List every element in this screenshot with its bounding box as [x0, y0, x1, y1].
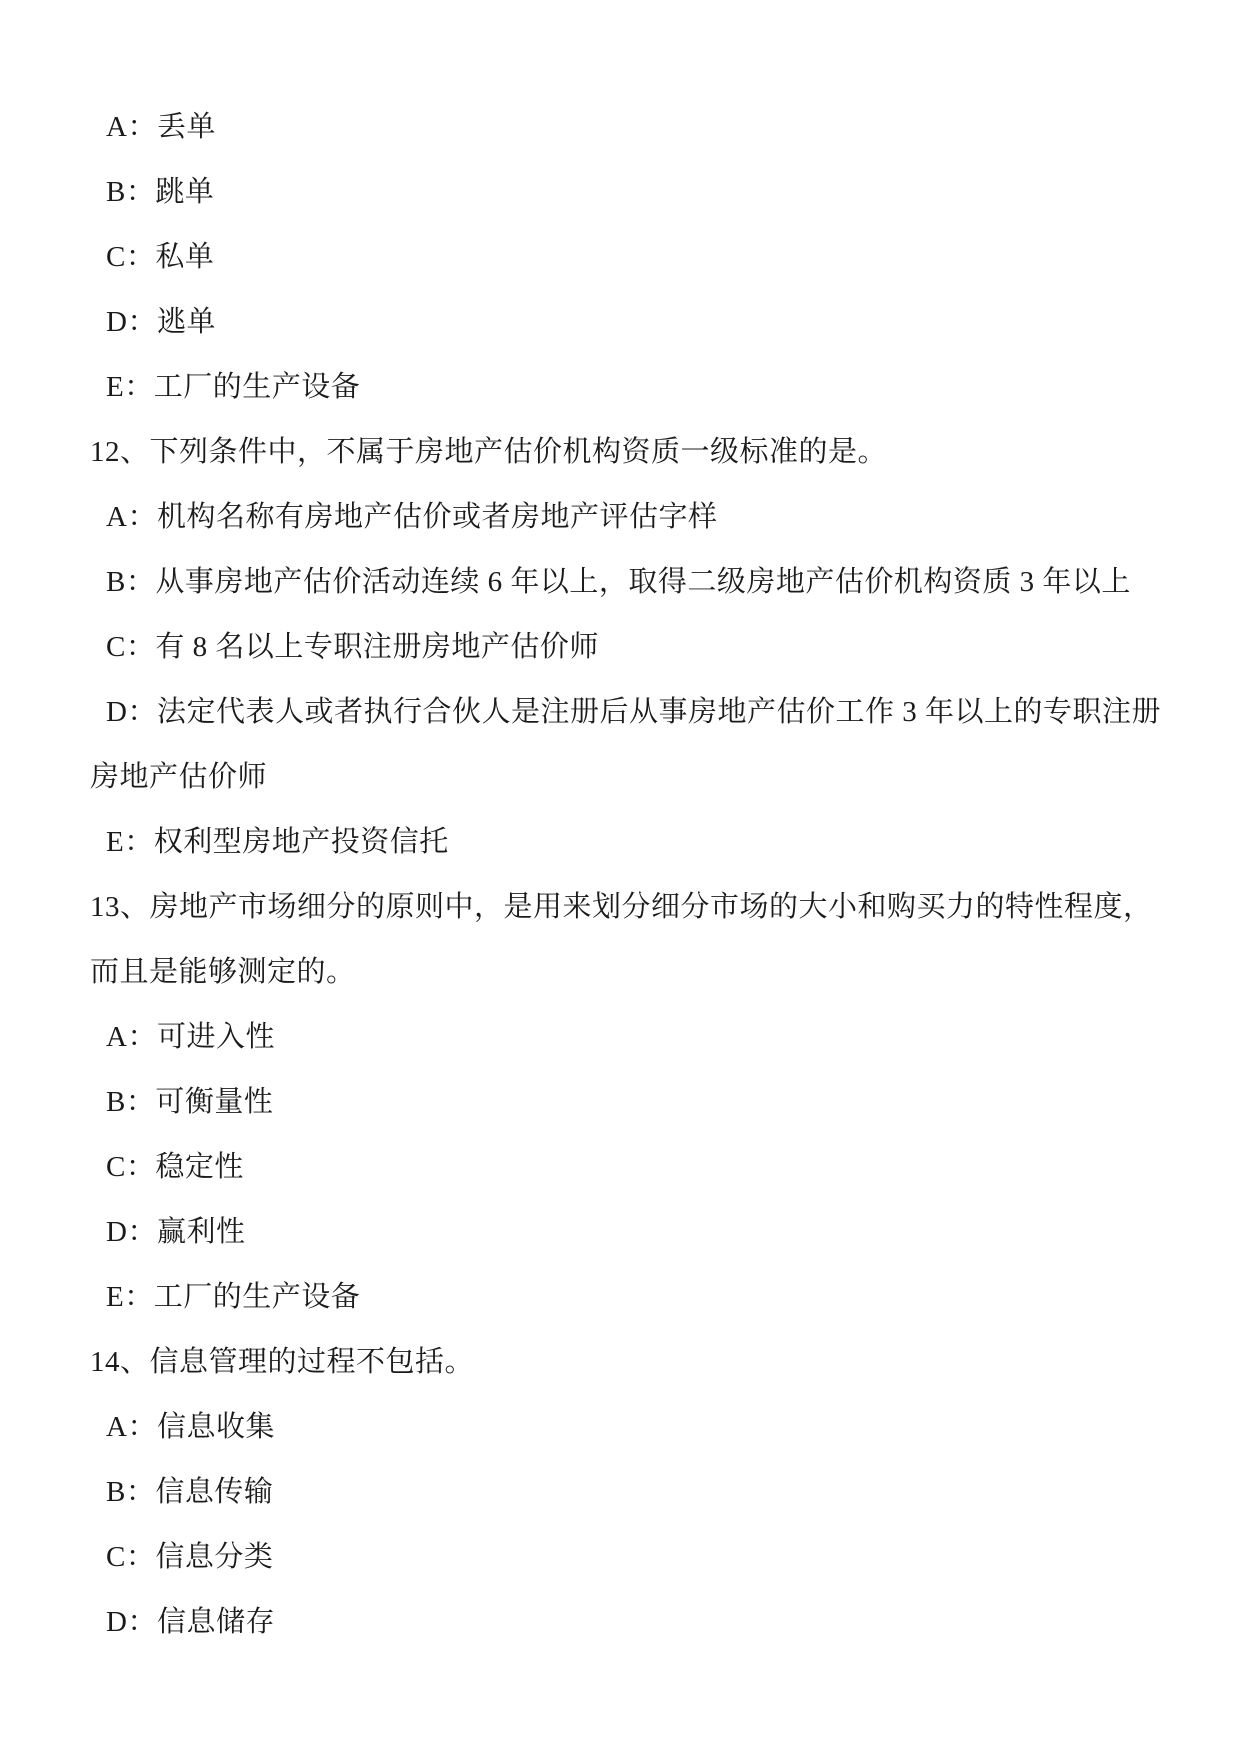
continuation-line: 而且是能够测定的。 — [90, 940, 1180, 1005]
option-line: D：赢利性 — [90, 1200, 1180, 1265]
question-line: 12、下列条件中，不属于房地产估价机构资质一级标准的是。 — [90, 420, 1180, 485]
option-line: C：稳定性 — [90, 1135, 1180, 1200]
option-line: D：信息储存 — [90, 1590, 1180, 1655]
option-line: C：有 8 名以上专职注册房地产估价师 — [90, 615, 1180, 680]
option-line: C：信息分类 — [90, 1525, 1180, 1590]
option-line: D：逃单 — [90, 290, 1180, 355]
option-line: B：跳单 — [90, 160, 1180, 225]
option-line: E：工厂的生产设备 — [90, 1265, 1180, 1330]
option-line: C：私单 — [90, 225, 1180, 290]
document-body: { "page": { "background": "#ffffff", "te… — [0, 0, 1240, 1753]
exam-question-page: A：丢单B：跳单C：私单D：逃单E：工厂的生产设备12、下列条件中，不属于房地产… — [0, 0, 1240, 1753]
option-line: D：法定代表人或者执行合伙人是注册后从事房地产估价工作 3 年以上的专职注册 — [90, 680, 1180, 745]
option-line: B：从事房地产估价活动连续 6 年以上，取得二级房地产估价机构资质 3 年以上 — [90, 550, 1180, 615]
option-line: E：权利型房地产投资信托 — [90, 810, 1180, 875]
option-line: B：可衡量性 — [90, 1070, 1180, 1135]
option-line: B：信息传输 — [90, 1460, 1180, 1525]
option-line: E：工厂的生产设备 — [90, 355, 1180, 420]
question-line: 14、信息管理的过程不包括。 — [90, 1330, 1180, 1395]
option-line: A：丢单 — [90, 95, 1180, 160]
option-line: A：机构名称有房地产估价或者房地产评估字样 — [90, 485, 1180, 550]
option-line: A：信息收集 — [90, 1395, 1180, 1460]
option-line: A：可进入性 — [90, 1005, 1180, 1070]
question-line: 13、房地产市场细分的原则中，是用来划分细分市场的大小和购买力的特性程度， — [90, 875, 1180, 940]
continuation-line: 房地产估价师 — [90, 745, 1180, 810]
